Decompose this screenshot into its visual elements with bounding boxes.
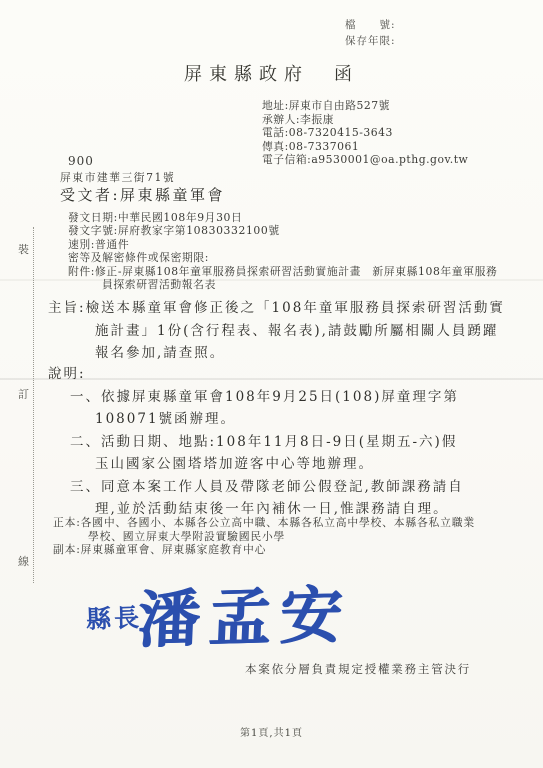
cc-copy-line: 副本:屏東縣童軍會、屏東縣家庭教育中心	[53, 543, 485, 557]
page-number: 第1頁,共1頁	[0, 724, 543, 739]
speed-class: 速別:普通件	[68, 238, 498, 251]
item-number: 一、	[70, 389, 101, 405]
description-item: 一、依據屏東縣童軍會108年9月25日(108)屏童理字第108071號函辦理。	[48, 386, 465, 431]
subject-paragraph: 主旨:檢送本縣童軍會修正後之「108年童軍服務員探索研習活動實施計畫」1份(含行…	[48, 297, 509, 365]
binding-mark-ding: 訂	[18, 386, 29, 402]
cc-label: 副本:	[53, 543, 81, 556]
description-section: 說明: 一、依據屏東縣童軍會108年9月25日(108)屏童理字第108071號…	[48, 363, 465, 521]
item-text: 活動日期、地點:108年11月8日-9日(星期五-六)假玉山國家公園塔塔加遊客中…	[95, 434, 457, 473]
sender-fax: 傳真:08-7337061	[262, 140, 468, 154]
scanned-official-letter: 檔 號: 保存年限: 屏東縣政府 函 地址:屏東市自由路527號 承辦人:李振康…	[0, 0, 543, 768]
original-recipients: 各國中、各國小、本縣各公立高中職、本縣各私立高中學校、本縣各私立職業學校、國立屏…	[81, 516, 475, 543]
binding-mark-zhuang: 裝	[18, 241, 29, 257]
retention-label: 保存年限:	[345, 33, 396, 49]
attachment-line: 附件:修正-屏東縣108年童軍服務員探索研習活動實施計畫 新屏東縣108年童軍服…	[68, 265, 504, 292]
item-text: 同意本案工作人員及帶隊老師公假登記,教師課務請自理,並於活動結束後一年內補休一日…	[95, 479, 464, 518]
copies-section: 正本:各國中、各國小、本縣各公立高中職、本縣各私立高中學校、本縣各私立職業學校、…	[53, 516, 485, 557]
binding-dotted-line	[33, 227, 34, 583]
document-title: 屏東縣政府 函	[0, 60, 543, 86]
original-label: 正本:	[53, 516, 81, 529]
attachment-label: 附件:	[68, 265, 95, 278]
recipient-postal-code: 900	[68, 154, 94, 168]
document-meta: 發文日期:中華民國108年9月30日 發文字號:屏府教家字第1083033210…	[68, 211, 498, 291]
cc-recipients: 屏東縣童軍會、屏東縣家庭教育中心	[81, 543, 267, 556]
sender-info: 地址:屏東市自由路527號 承辦人:李振康 電話:08-7320415-3643…	[262, 99, 468, 167]
sender-phone: 電話:08-7320415-3643	[262, 126, 468, 140]
sender-address: 地址:屏東市自由路527號	[262, 99, 468, 113]
signature-title: 縣長	[85, 598, 142, 636]
subject-label: 主旨:	[48, 300, 86, 316]
addressee: 受文者:屏東縣童軍會	[60, 184, 225, 205]
sender-contact-person: 承辦人:李振康	[262, 113, 468, 127]
original-copy-line: 正本:各國中、各國小、本縣各公立高中職、本縣各私立高中學校、本縣各私立職業學校、…	[53, 516, 485, 543]
file-number-label: 檔 號:	[345, 17, 396, 33]
sender-email: 電子信箱:a9530001@oa.pthg.gov.tw	[262, 153, 468, 167]
description-item: 三、同意本案工作人員及帶隊老師公假登記,教師課務請自理,並於活動結束後一年內補休…	[48, 476, 465, 521]
description-label: 說明:	[48, 363, 465, 386]
subject-text: 檢送本縣童軍會修正後之「108年童軍服務員探索研習活動實施計畫」1份(含行程表、…	[86, 300, 505, 361]
security-class: 密等及解密條件或保密期限:	[68, 251, 498, 264]
authorization-note: 本案依分層負責規定授權業務主管決行	[245, 661, 471, 677]
recipient-address: 屏東市建華三街71號	[60, 170, 175, 185]
item-text: 依據屏東縣童軍會108年9月25日(108)屏童理字第108071號函辦理。	[95, 389, 459, 428]
item-number: 二、	[70, 434, 101, 450]
archive-box: 檔 號: 保存年限:	[345, 17, 396, 49]
binding-mark-xian: 線	[18, 553, 29, 569]
item-number: 三、	[70, 479, 101, 495]
issue-date: 發文日期:中華民國108年9月30日	[68, 211, 498, 224]
attachment-text: 修正-屏東縣108年童軍服務員探索研習活動實施計畫 新屏東縣108年童軍服務員探…	[95, 265, 497, 291]
doc-number: 發文字號:屏府教家字第10830332100號	[68, 224, 498, 237]
signature-stamp: 潘孟安	[136, 565, 353, 660]
description-item: 二、活動日期、地點:108年11月8日-9日(星期五-六)假玉山國家公園塔塔加遊…	[48, 431, 465, 476]
